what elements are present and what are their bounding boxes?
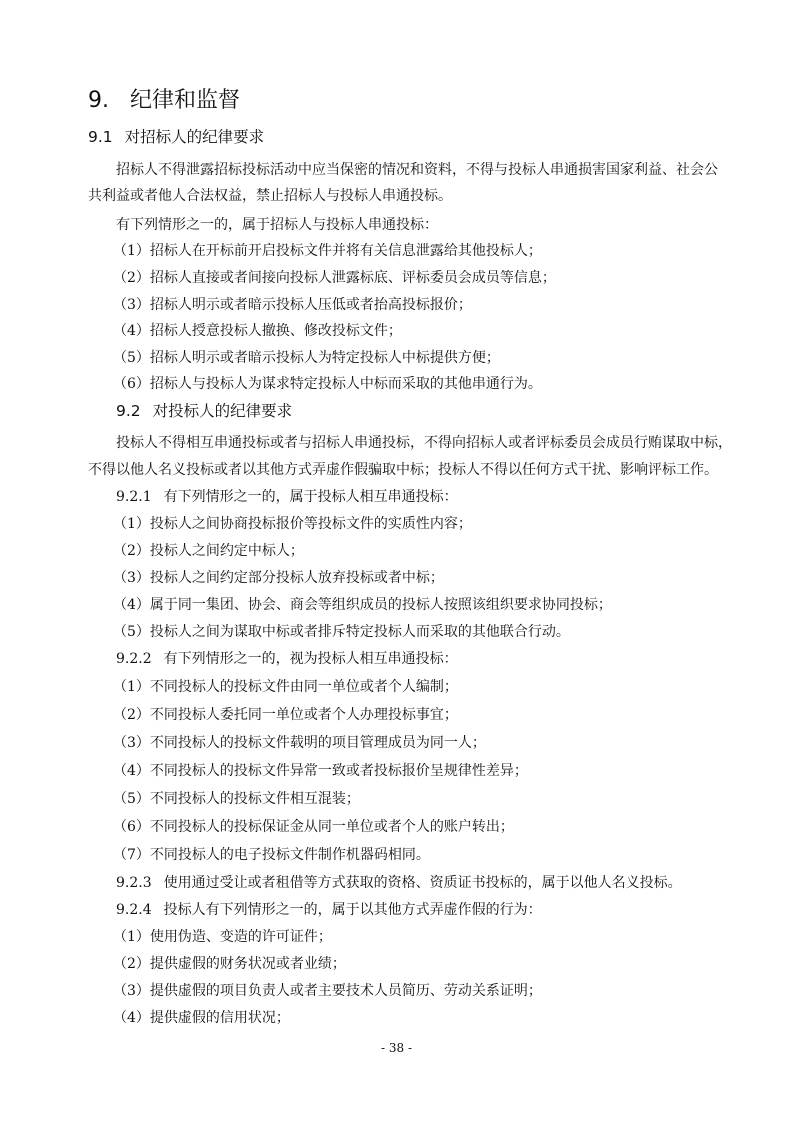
list-item: （4）属于同一集团、协会、商会等组织成员的投标人按照该组织要求协同投标；	[113, 596, 612, 614]
clause-number: 9.2.3	[116, 874, 152, 892]
clause-9-2-1: 9.2.1有下列情形之一的，属于投标人相互串通投标：	[116, 488, 458, 506]
list-item: （3）不同投标人的投标文件载明的项目管理成员为同一人；	[113, 734, 486, 752]
subsection-title: 对招标人的纪律要求	[125, 128, 265, 146]
subsection-title: 对投标人的纪律要求	[153, 402, 293, 420]
clause-number: 9.2.4	[116, 901, 152, 919]
list-item: （3）提供虚假的项目负责人或者主要技术人员简历、劳动关系证明；	[113, 982, 542, 1000]
subsection-number: 9.1	[88, 128, 113, 146]
list-item: （1）投标人之间协商投标报价等投标文件的实质性内容；	[113, 515, 472, 533]
clause-9-2-2: 9.2.2有下列情形之一的，视为投标人相互串通投标：	[116, 650, 458, 668]
list-item: （5）投标人之间为谋取中标或者排斥特定投标人而采取的其他联合行动。	[113, 623, 570, 641]
subsection-heading-9-2: 9.2对投标人的纪律要求	[116, 402, 292, 420]
list-item: （4）不同投标人的投标文件异常一致或者投标报价呈规律性差异；	[113, 762, 528, 780]
list-item: （5）招标人明示或者暗示投标人为特定投标人中标提供方便；	[113, 349, 500, 367]
clause-number: 9.2.2	[116, 650, 152, 668]
clause-9-2-3: 9.2.3使用通过受让或者租借等方式获取的资格、资质证书投标的，属于以他人名义投…	[116, 874, 682, 892]
list-item: （1）招标人在开标前开启投标文件并将有关信息泄露给其他投标人；	[113, 242, 542, 260]
list-item: （1）使用伪造、变造的许可证件；	[113, 928, 332, 946]
list-item: （2）不同投标人委托同一单位或者个人办理投标事宜；	[113, 706, 458, 724]
list-item: （6）招标人与投标人为谋求特定投标人中标而采取的其他串通行为。	[113, 375, 542, 393]
page-number: - 38 -	[0, 1041, 793, 1055]
list-item: （4）招标人授意投标人撤换、修改投标文件；	[113, 322, 402, 340]
list-item: （4）提供虚假的信用状况；	[113, 1009, 290, 1027]
clause-text: 使用通过受让或者租借等方式获取的资格、资质证书投标的，属于以他人名义投标。	[164, 875, 682, 891]
list-item: （2）投标人之间约定中标人；	[113, 542, 304, 560]
section-number: 9.	[88, 88, 130, 114]
paragraph-line: 投标人不得相互串通投标或者与招标人串通投标，不得向招标人或者评标委员会成员行贿谋…	[116, 434, 732, 452]
paragraph-line: 共利益或者他人合法权益，禁止招标人与投标人串通投标。	[88, 187, 452, 205]
clause-number: 9.2.1	[116, 488, 152, 506]
list-item: （3）投标人之间约定部分投标人放弃投标或者中标；	[113, 569, 444, 587]
subsection-heading-9-1: 9.1对招标人的纪律要求	[88, 128, 264, 146]
list-item: （5）不同投标人的投标文件相互混装；	[113, 790, 360, 808]
clause-text: 有下列情形之一的，属于投标人相互串通投标：	[164, 489, 458, 505]
list-item: （1）不同投标人的投标文件由同一单位或者个人编制；	[113, 678, 458, 696]
subsection-number: 9.2	[116, 402, 141, 420]
clause-9-2-4: 9.2.4投标人有下列情形之一的，属于以其他方式弄虚作假的行为：	[116, 901, 542, 919]
list-intro: 有下列情形之一的，属于招标人与投标人串通投标：	[116, 216, 438, 234]
list-item: （2）招标人直接或者间接向投标人泄露标底、评标委员会成员等信息；	[113, 269, 556, 287]
list-item: （2）提供虚假的财务状况或者业绩；	[113, 955, 346, 973]
paragraph-line: 招标人不得泄露招标投标活动中应当保密的情况和资料，不得与投标人串通损害国家利益、…	[116, 161, 718, 179]
section-title: 纪律和监督	[130, 88, 240, 113]
section-heading: 9.纪律和监督	[88, 88, 240, 114]
list-item: （3）招标人明示或者暗示投标人压低或者抬高投标报价；	[113, 296, 472, 314]
clause-text: 有下列情形之一的，视为投标人相互串通投标：	[164, 651, 458, 667]
paragraph-line: 不得以他人名义投标或者以其他方式弄虚作假骗取中标；投标人不得以任何方式干扰、影响…	[88, 461, 718, 479]
clause-text: 投标人有下列情形之一的，属于以其他方式弄虚作假的行为：	[164, 902, 542, 918]
list-item: （6）不同投标人的投标保证金从同一单位或者个人的账户转出；	[113, 818, 514, 836]
list-item: （7）不同投标人的电子投标文件制作机器码相同。	[113, 846, 430, 864]
